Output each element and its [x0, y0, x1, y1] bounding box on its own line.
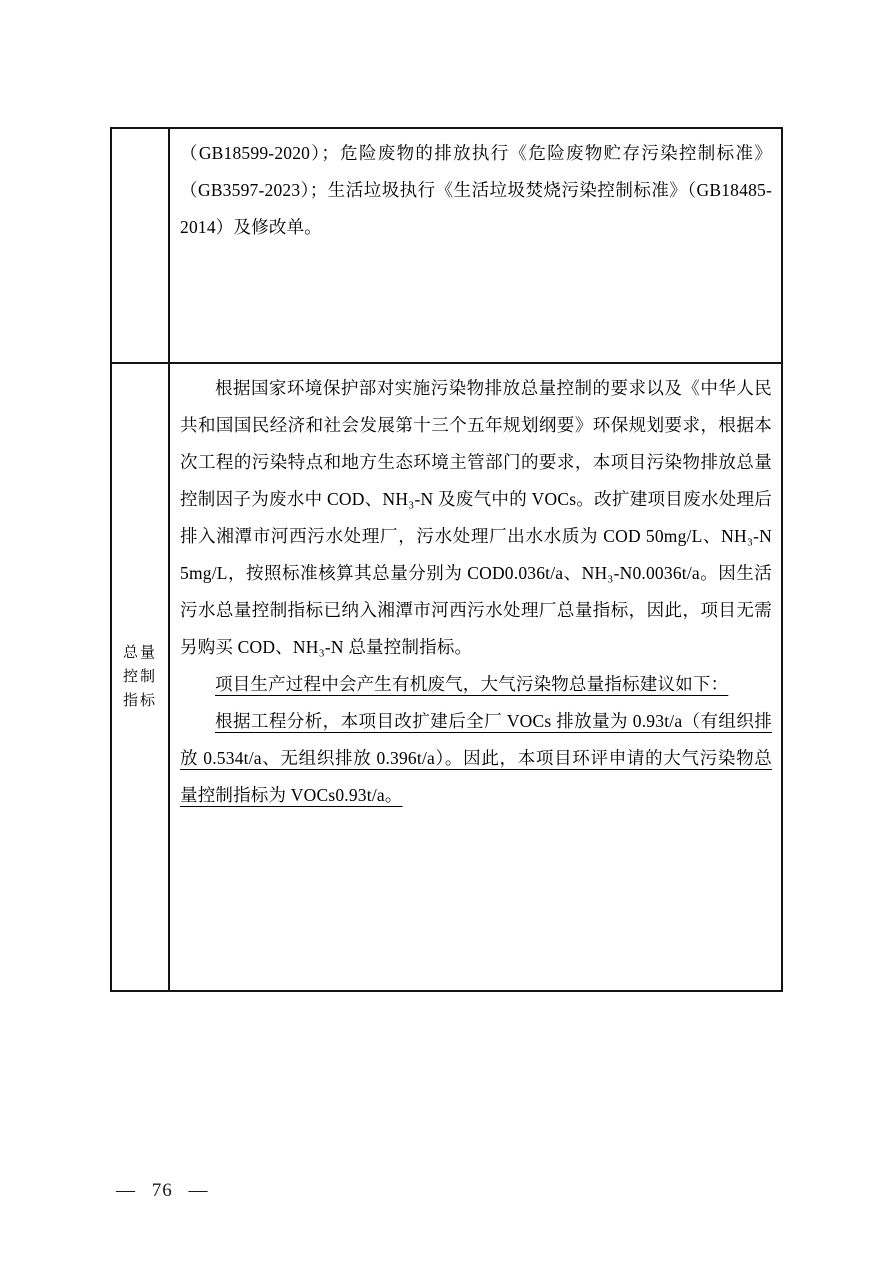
- total-control-label-cell: 总量控制指标: [112, 364, 170, 990]
- total-control-row-header: 总量控制指标: [122, 641, 158, 713]
- total-control-content-cell: 根据国家环境保护部对实施污染物排放总量控制的要求以及《中华人民共和国国民经济和社…: [170, 364, 781, 990]
- report-table: （GB18599-2020）；危险废物的排放执行《危险废物贮存污染控制标准》（G…: [110, 127, 783, 992]
- document-page: （GB18599-2020）；危险废物的排放执行《危险废物贮存污染控制标准》（G…: [0, 0, 893, 1263]
- table-row-standards-continued: （GB18599-2020）；危险废物的排放执行《危险废物贮存污染控制标准》（G…: [112, 129, 781, 364]
- total-control-paragraph-1: 根据国家环境保护部对实施污染物排放总量控制的要求以及《中华人民共和国国民经济和社…: [180, 370, 772, 666]
- standards-row-label-cell: [112, 129, 170, 362]
- page-number: — 76 —: [116, 1180, 209, 1202]
- total-control-paragraph-2: 项目生产过程中会产生有机废气，大气污染物总量指标建议如下：: [180, 666, 772, 703]
- total-control-paragraph-3: 根据工程分析，本项目改扩建后全厂 VOCs 排放量为 0.93t/a（有组织排放…: [180, 703, 772, 814]
- standards-row-content-cell: （GB18599-2020）；危险废物的排放执行《危险废物贮存污染控制标准》（G…: [170, 129, 781, 362]
- table-row-total-control: 总量控制指标 根据国家环境保护部对实施污染物排放总量控制的要求以及《中华人民共和…: [112, 364, 781, 990]
- standards-continuation-paragraph: （GB18599-2020）；危险废物的排放执行《危险废物贮存污染控制标准》（G…: [180, 135, 772, 246]
